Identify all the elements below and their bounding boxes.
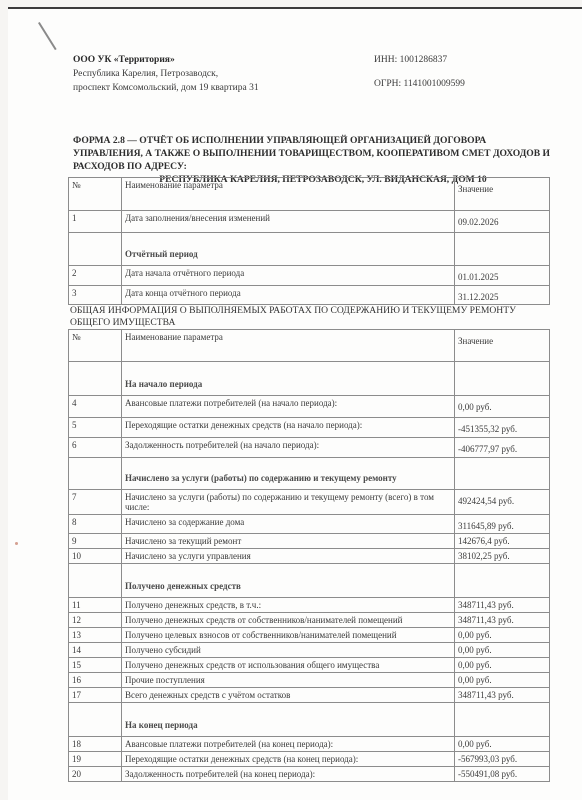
section-label: Получено денежных средств [122,564,455,598]
row-number [69,703,122,737]
row-number: 5 [69,418,122,438]
table-row: 10Начислено за услуги управления38102,25… [69,549,550,564]
col-header-value: Значение [455,330,550,362]
table-row: 14Получено субсидий0,00 руб. [69,643,550,658]
table-row: 9Начислено за текущий ремонт142676,4 руб… [69,534,550,549]
document-page: ООО УК «Территория» Республика Карелия, … [8,7,582,800]
table-row: 11Получено денежных средств, в т.ч.:3487… [69,598,550,613]
row-name: Дата конца отчётного периода [122,286,455,305]
section-row: Начислено за услуги (работы) по содержан… [69,458,550,490]
row-value [455,703,550,737]
row-value: 0,00 руб. [455,658,550,673]
row-number: 17 [69,688,122,703]
row-number: 8 [69,515,122,534]
table-header-row: №Наименование параметраЗначение [69,330,550,362]
form-title-main: ФОРМА 2.8 — ОТЧЁТ ОБ ИСПОЛНЕНИИ УПРАВЛЯЮ… [73,135,550,172]
row-name: Задолженность потребителей (на начало пе… [122,438,455,458]
table-row: 3Дата конца отчётного периода31.12.2025 [69,286,550,305]
row-value: 492424,54 руб. [455,490,550,515]
table-row: 1Дата заполнения/внесения изменений09.02… [69,211,550,233]
company-address-line1: Республика Карелия, Петрозаводск, [73,67,259,81]
section-row: Отчётный период [69,233,550,266]
ogrn: ОГРН: 1141001009599 [374,79,465,89]
section-title: ОБЩАЯ ИНФОРМАЦИЯ О ВЫПОЛНЯЕМЫХ РАБОТАХ П… [70,305,550,329]
row-name: Начислено за содержание дома [122,515,455,534]
row-name: Получено субсидий [122,643,455,658]
row-number: 1 [69,211,122,233]
row-number: 13 [69,628,122,643]
row-name: Получено денежных средств от использован… [122,658,455,673]
table-header-row: №Наименование параметраЗначение [69,178,550,211]
row-value: 348711,43 руб. [455,688,550,703]
row-number [69,458,122,490]
row-name: Переходящие остатки денежных средств (на… [122,418,455,438]
row-value [455,362,550,396]
row-name: Дата начала отчётного периода [122,266,455,286]
row-name: Получено денежных средств от собственник… [122,613,455,628]
row-name: Получено целевых взносов от собственнико… [122,628,455,643]
table-row: 13Получено целевых взносов от собственни… [69,628,550,643]
col-header-name: Наименование параметра [122,330,455,362]
row-value: -567993,03 руб. [455,752,550,767]
table-row: 18Авансовые платежи потребителей (на кон… [69,737,550,752]
row-number: 2 [69,266,122,286]
row-name: Начислено за текущий ремонт [122,534,455,549]
row-number: 9 [69,534,122,549]
row-number [69,362,122,396]
table-row: 12Получено денежных средств от собственн… [69,613,550,628]
row-value: 348711,43 руб. [455,613,550,628]
row-name: Задолженность потребителей (на конец пер… [122,767,455,782]
row-value: -550491,08 руб. [455,767,550,782]
row-number: 20 [69,767,122,782]
works-info-table: №Наименование параметраЗначениеНа начало… [68,329,550,782]
row-number: 12 [69,613,122,628]
inn: ИНН: 1001286837 [374,55,447,65]
row-value [455,458,550,490]
col-header-name: Наименование параметра [122,178,455,211]
row-value: 0,00 руб. [455,643,550,658]
table-row: 15Получено денежных средств от использов… [69,658,550,673]
table-row: 8Начислено за содержание дома311645,89 р… [69,515,550,534]
row-value: 0,00 руб. [455,396,550,418]
row-value: 01.01.2025 [455,266,550,286]
row-number: 3 [69,286,122,305]
row-name: Начислено за услуги управления [122,549,455,564]
row-name: Авансовые платежи потребителей (на начал… [122,396,455,418]
row-number: 14 [69,643,122,658]
section-label: На конец периода [122,703,455,737]
row-number: 7 [69,490,122,515]
table-row: 2Дата начала отчётного периода01.01.2025 [69,266,550,286]
row-name: Авансовые платежи потребителей (на конец… [122,737,455,752]
reporting-period-table: №Наименование параметраЗначение1Дата зап… [68,177,550,305]
row-value: 142676,4 руб. [455,534,550,549]
row-number [69,564,122,598]
row-value: 38102,25 руб. [455,549,550,564]
company-address-line2: проспект Комсомольский, дом 19 квартира … [73,81,259,95]
row-name: Начислено за услуги (работы) по содержан… [122,490,455,515]
company-name: ООО УК «Территория» [73,53,259,67]
row-value: 0,00 руб. [455,737,550,752]
row-value: 0,00 руб. [455,628,550,643]
section-label: На начало периода [122,362,455,396]
row-value [455,564,550,598]
row-name: Дата заполнения/внесения изменений [122,211,455,233]
row-name: Прочие поступления [122,673,455,688]
row-value: 348711,43 руб. [455,598,550,613]
col-header-number: № [69,330,122,362]
section-row: На начало периода [69,362,550,396]
row-number: 10 [69,549,122,564]
row-value: 311645,89 руб. [455,515,550,534]
row-number: 6 [69,438,122,458]
col-header-number: № [69,178,122,211]
row-value: 31.12.2025 [455,286,550,305]
table-row: 7Начислено за услуги (работы) по содержа… [69,490,550,515]
row-value: -451355,32 руб. [455,418,550,438]
table-row: 5Переходящие остатки денежных средств (н… [69,418,550,438]
row-number [69,233,122,266]
section-label: Начислено за услуги (работы) по содержан… [122,458,455,490]
table-row: 16Прочие поступления0,00 руб. [69,673,550,688]
table-row: 4Авансовые платежи потребителей (на нача… [69,396,550,418]
row-value: 09.02.2026 [455,211,550,233]
row-number: 19 [69,752,122,767]
section-row: Получено денежных средств [69,564,550,598]
table-row: 20Задолженность потребителей (на конец п… [69,767,550,782]
pen-mark [38,22,57,50]
row-number: 4 [69,396,122,418]
scan-dot [15,542,18,545]
table-row: 19Переходящие остатки денежных средств (… [69,752,550,767]
row-value [455,233,550,266]
row-name: Переходящие остатки денежных средств (на… [122,752,455,767]
row-number: 16 [69,673,122,688]
col-header-value: Значение [455,178,550,211]
company-header: ООО УК «Территория» Республика Карелия, … [73,53,259,95]
row-value: 0,00 руб. [455,673,550,688]
table-row: 17Всего денежных средств с учётом остатк… [69,688,550,703]
row-name: Получено денежных средств, в т.ч.: [122,598,455,613]
section-label: Отчётный период [122,233,455,266]
row-number: 11 [69,598,122,613]
row-value: -406777,97 руб. [455,438,550,458]
table-row: 6Задолженность потребителей (на начало п… [69,438,550,458]
row-name: Всего денежных средств с учётом остатков [122,688,455,703]
section-row: На конец периода [69,703,550,737]
row-number: 15 [69,658,122,673]
row-number: 18 [69,737,122,752]
